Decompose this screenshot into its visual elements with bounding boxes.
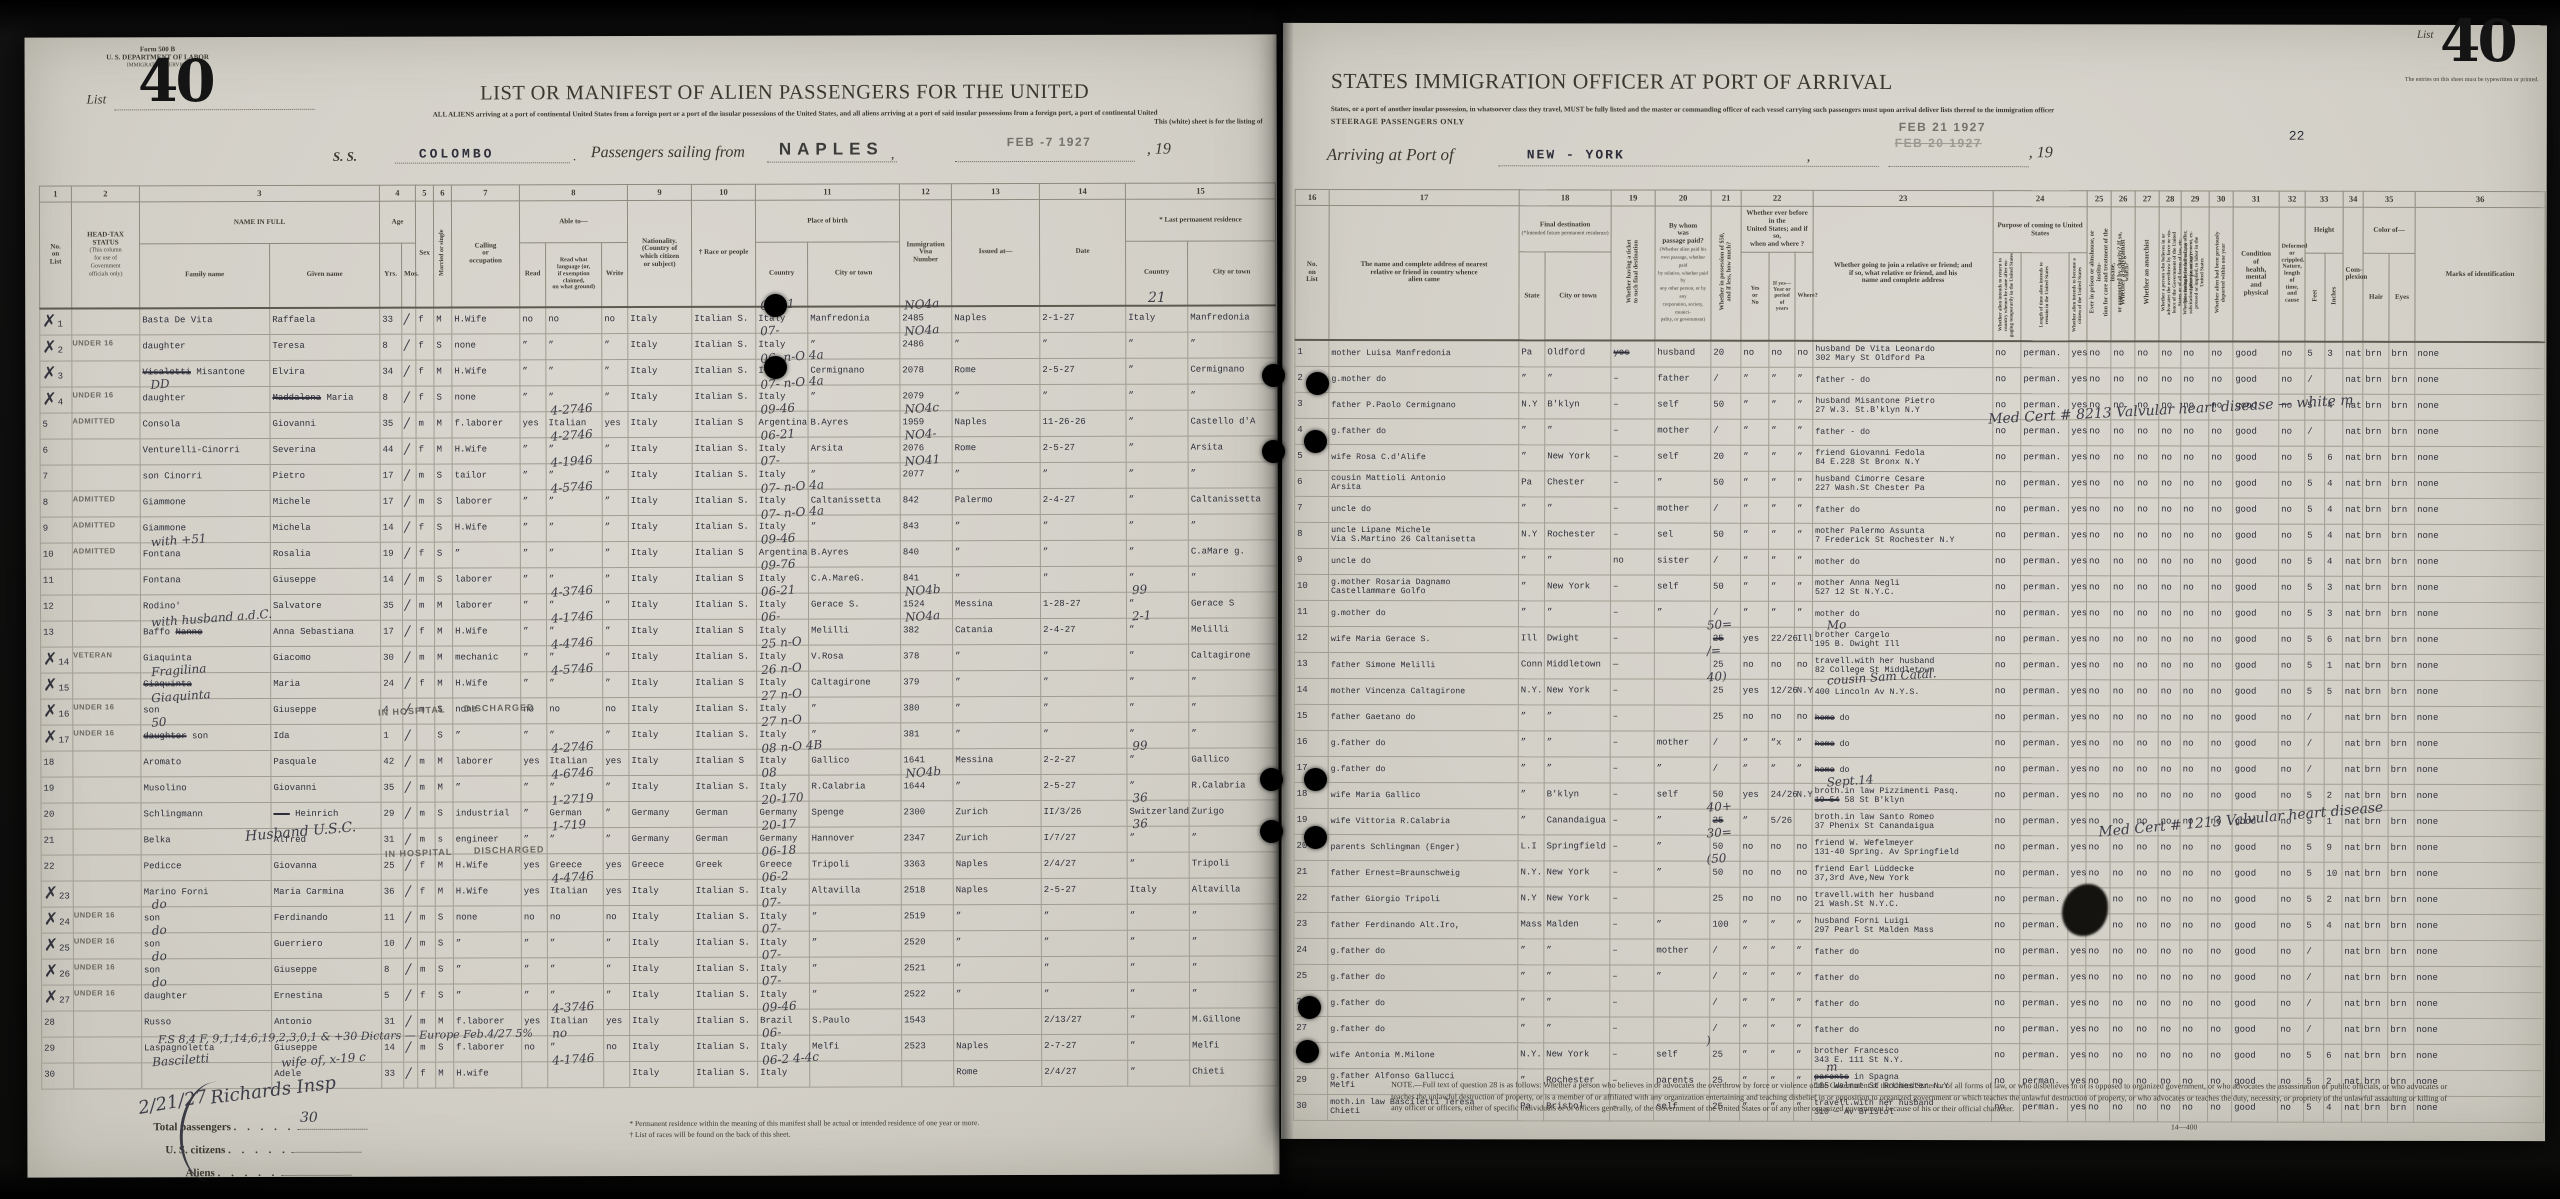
cell-marks: none [2414, 1044, 2544, 1070]
cell-p3: yes [2068, 680, 2086, 706]
cell-paid: mother [1654, 939, 1710, 965]
cell-q26: no [2110, 940, 2134, 966]
cell-sex: m [416, 464, 434, 490]
cell-read: ” [520, 541, 546, 567]
passenger-row: 5ADMITTEDConsolaGiovanni35/mMf.laborerye… [40, 409, 1276, 438]
cell-def: no [2278, 940, 2304, 966]
cell-ht: UNDER 16 [72, 386, 140, 412]
check-stroke: / [405, 442, 410, 458]
cell-health: good [2232, 654, 2278, 680]
cell-tk: – [1610, 627, 1654, 653]
cell-b3: no [1794, 887, 1812, 913]
cell-race: Italian S. [693, 775, 757, 801]
cell-lang: ”4-5746 [546, 489, 602, 515]
cell-q27: no [2134, 576, 2158, 602]
cell-st: Pa [1519, 471, 1545, 497]
cell-q28: no [2158, 862, 2180, 888]
cell-fam: Basta De Vita [140, 307, 270, 334]
cell-date: 2-5-27 [1041, 878, 1127, 904]
cell-health: good [2232, 862, 2278, 888]
cell-sex: f [416, 360, 434, 386]
cell-ft: / [2304, 732, 2324, 758]
cell-tk: – [1610, 731, 1654, 757]
cell-b1: ” [1741, 523, 1769, 549]
crossed-out-mark: ✗ [43, 701, 57, 721]
cell-hair: brn [2362, 836, 2388, 862]
cell-b3: ” [1794, 575, 1812, 601]
cell-hair: brn [2362, 1018, 2388, 1044]
cell-lrc: Italy [1126, 305, 1188, 332]
cell-bcity: ” [808, 384, 900, 410]
col-header-polygamist: Whether a polygamist [2111, 207, 2135, 341]
cell-giv: Giacomo [271, 646, 381, 672]
cell-date: ” [1040, 540, 1126, 566]
cell-mon: 2540) [1710, 679, 1740, 705]
check-stroke: / [406, 1014, 411, 1030]
cell-mos: / [403, 646, 417, 672]
cell-q25: no [2086, 992, 2110, 1018]
cell-read: no [521, 905, 547, 931]
cell-giv: Giuseppe [270, 568, 380, 594]
cell-q29: no [2180, 576, 2208, 602]
cell-def: no [2278, 758, 2304, 784]
cell-q30: no [2209, 550, 2233, 576]
cell-marks: none [2414, 914, 2544, 940]
cell-n: 15 [1294, 704, 1328, 730]
cell-p1: no [1993, 445, 2021, 471]
cell-read: ” [521, 983, 547, 1009]
passenger-row: ✗15GiaquintaFragilinaMaria24/fMH.Wife””4… [41, 669, 1277, 698]
cell-tk: — [1610, 653, 1654, 679]
head-tax-note: (This column for use of Government offic… [89, 248, 123, 278]
cell-marks: none [2414, 888, 2544, 914]
col-header-read: Read [520, 243, 546, 307]
cell-iss: ” [953, 670, 1041, 696]
cell-iss: ” [952, 462, 1040, 488]
cell-p2: perman. [2020, 966, 2068, 992]
cell-city: Canandaigua [1544, 809, 1610, 835]
cell-inch: 4 [2325, 498, 2343, 524]
cell-ms: M [435, 620, 453, 646]
cell-tk: – [1610, 1017, 1654, 1043]
cell-rel: father P.Paolo Cermignano [1329, 392, 1519, 418]
cell-read: ” [521, 723, 547, 749]
cell-b2: ” [1769, 393, 1795, 419]
cell-n: 13 [1294, 652, 1328, 678]
cell-read: ” [520, 463, 546, 489]
cell-eyes: brn [2389, 550, 2415, 576]
cell-comp: nat [2343, 368, 2363, 394]
cell-st: ” [1518, 601, 1544, 627]
cell-q28: no [2158, 1044, 2180, 1070]
cell-date: ” [1041, 904, 1127, 930]
cell-mos: / [403, 802, 417, 828]
cell-date: 2-4-27 [1040, 488, 1126, 514]
cell-rel: father Giorgio Tripoli [1328, 886, 1518, 912]
cell-q30: no [2209, 446, 2233, 472]
cell-bc: Italy06-2 [757, 879, 809, 905]
cell-q29: no [2180, 966, 2208, 992]
cell-p3: yes [2069, 368, 2087, 394]
cell-bcity: Altavilla [809, 878, 901, 904]
cell-sex: m [417, 932, 435, 958]
cell-occ: ” [453, 775, 521, 801]
cell-join: father do [1812, 965, 1992, 991]
cell-hair: brn [2362, 888, 2388, 914]
cell-ht: UNDER 16 [73, 984, 141, 1010]
column-header-row-1: No. on List HEAD-TAX STATUS(This column … [39, 199, 1275, 244]
cell-mos: / [402, 490, 416, 516]
cell-comp: nat [2342, 628, 2362, 654]
cell-rel: uncle do [1329, 548, 1519, 574]
cell-lrc: ” [1128, 1034, 1190, 1060]
cell-lrc: Italy [1127, 878, 1189, 904]
passenger-row: 24g.father do””–mother/”””father donoper… [1294, 938, 2544, 966]
cell-b1: yes [1740, 783, 1768, 809]
passenger-row: ✗3Visalotti MisantoneElvira34/fMH.Wife””… [40, 357, 1276, 386]
cell-lrc: ” [1127, 930, 1189, 956]
cell-giv: Pasquale [271, 750, 381, 776]
cell-q26: no [2110, 576, 2134, 602]
cell-b3: Ill [1794, 627, 1812, 653]
cell-mon: / [1710, 939, 1740, 965]
cell-occ: H.Wife [452, 437, 520, 463]
cell-sex: f [416, 307, 434, 334]
cell-nat: Italy [628, 593, 692, 619]
col-num: 13 [951, 183, 1039, 199]
cell-marks: none [2414, 732, 2544, 758]
cell-n: 16 [1294, 730, 1328, 756]
col-num: 25 [2087, 191, 2111, 207]
cell-visa: 2520 [901, 930, 953, 956]
cell-comp: nat [2343, 550, 2363, 576]
cell-rel: g.mother Rosaria DagnamoCastellammare Go… [1328, 574, 1518, 600]
cell-health: good [2232, 758, 2278, 784]
col-header-age: Age [379, 201, 415, 243]
cell-occ: laborer [452, 593, 520, 619]
cell-lrc: ” [1127, 644, 1189, 670]
cell-q27: no [2134, 966, 2158, 992]
cell-join: Sept.14broth.in law Pizzimenti Pasq.19-5… [1812, 783, 1992, 809]
cell-bc: Italy07- [758, 983, 810, 1009]
cell-ft: / [2304, 992, 2324, 1018]
cell-join: husband De Vita Leonardo302 Mary St Oldf… [1813, 341, 1993, 368]
cell-yrs: 29 [381, 802, 403, 828]
cell-p1: no [1992, 991, 2020, 1017]
cell-tk: – [1610, 601, 1654, 627]
cell-n: 21 [41, 829, 73, 855]
cell-ms: S [434, 464, 452, 490]
cell-st: ” [1518, 1017, 1544, 1043]
cell-iss: Zurich [953, 800, 1041, 826]
cell-b2: ” [1768, 1043, 1794, 1069]
cell-health: good [2233, 550, 2279, 576]
col-header-dest-city: City or town [1545, 252, 1611, 340]
cell-fam: Aromato [141, 750, 271, 776]
cell-lrcity: M.Gillone [1190, 1007, 1278, 1033]
cell-q26: no [2110, 628, 2134, 654]
cell-st: ” [1519, 445, 1545, 471]
cell-bc: Italy07- [756, 463, 808, 489]
cell-ft: 5 [2304, 576, 2324, 602]
cell-b3: N.Y [1794, 783, 1812, 809]
cell-giv: Elvira [270, 360, 380, 386]
cell-race: Italian S [693, 749, 757, 775]
crossed-out-mark: ✗ [44, 987, 58, 1007]
cell-bc: Italy27 n-O [757, 697, 809, 723]
col-num: 9 [627, 184, 691, 200]
passenger-row: ✗25UNDER 16sondoGuerriero10/mS””””ItalyI… [41, 929, 1277, 958]
col-header-able-to: Able to— [519, 201, 627, 243]
cell-comp: nat [2342, 680, 2362, 706]
cell-b1: ” [1740, 601, 1768, 627]
cell-tk: – [1611, 393, 1655, 419]
cell-ft: 5 [2304, 914, 2324, 940]
binder-hole [1304, 768, 1327, 791]
cell-ms: M [436, 1062, 454, 1088]
cell-comp: nat [2342, 654, 2362, 680]
cell-iss: Palermo [952, 488, 1040, 514]
cell-eyes: brn [2389, 342, 2415, 369]
cell-read: yes [521, 879, 547, 905]
cell-write: no [602, 307, 628, 334]
crossed-out-mark: ✗ [43, 675, 57, 695]
cell-read: ” [521, 801, 547, 827]
cell-race: Italian S. [693, 957, 757, 983]
cell-p3: yes [2068, 628, 2086, 654]
col-header-final-destination: Final destination(*Intended future perma… [1519, 206, 1611, 252]
cell-join: father do [1812, 1017, 1992, 1043]
cell-p1: no [1992, 601, 2020, 627]
cell-tk: – [1610, 861, 1654, 887]
cell-p2: perman. [2021, 498, 2069, 524]
cell-nat: Italy [628, 567, 692, 593]
cell-comp: nat [2342, 862, 2362, 888]
cell-sex: f [417, 880, 435, 906]
cell-read: yes [521, 853, 547, 879]
cell-n: 30 [42, 1063, 74, 1089]
cell-rel: g.father do [1328, 756, 1518, 782]
cell-hair: brn [2362, 576, 2388, 602]
cell-join: home do [1812, 731, 1992, 757]
cell-b1: ” [1741, 393, 1769, 419]
cell-read: ” [521, 957, 547, 983]
cell-city: ” [1544, 757, 1610, 783]
ship-underline [395, 162, 570, 163]
cell-city: New York [1544, 1043, 1610, 1069]
cell-lang: ”no [548, 1035, 604, 1061]
cell-q27: no [2135, 550, 2159, 576]
cell-occ: none [452, 333, 520, 359]
cell-def: no [2279, 446, 2305, 472]
col-num: 10 [691, 184, 755, 200]
cell-ht: UNDER 16 [73, 932, 141, 958]
cell-race: Italian S. [692, 437, 756, 463]
cell-q26: no [2110, 758, 2134, 784]
cell-q28: no [2158, 940, 2180, 966]
cell-mos: / [403, 958, 417, 984]
cell-mos: / [402, 516, 416, 542]
col-header-purpose: Purpose of coming to United States [1993, 207, 2087, 253]
cell-q26: no [2110, 654, 2134, 680]
cell-hair: brn [2363, 472, 2389, 498]
cell-q30: no [2208, 628, 2232, 654]
cell-eyes: brn [2388, 1018, 2414, 1044]
cell-join: friend Giovanni Fedola84 E.228 St Bronx … [1813, 445, 1993, 471]
cell-marks: none [2414, 654, 2544, 680]
cell-p1: no [1992, 653, 2020, 679]
cell-join: home do [1812, 705, 1992, 731]
cell-p1: no [1992, 939, 2020, 965]
col-num: 19 [1611, 190, 1655, 206]
cell-def: no [2279, 472, 2305, 498]
cell-n: ✗26 [41, 959, 73, 985]
cell-bcity: Caltagirone [809, 670, 901, 696]
cell-bc: Argentina09-46 [756, 541, 808, 567]
cell-p2: perman. [2020, 628, 2068, 654]
fifty-dollars-label: Whether in possession of $50, and if les… [1719, 233, 1733, 311]
col-header-citizen-intent: Whether alien intends to become a citize… [2069, 253, 2087, 341]
cell-city: B'klyn [1545, 393, 1611, 419]
cell-nat: Italy [629, 645, 693, 671]
cell-def: no [2278, 992, 2304, 1018]
cell-write: no [603, 697, 629, 723]
cell-health: good [2232, 1018, 2278, 1044]
binder-hole [1262, 440, 1285, 463]
cell-b2: ” [1768, 991, 1794, 1017]
cell-p1: no [1992, 705, 2020, 731]
check-stroke: / [405, 468, 410, 484]
cell-nat: Italy [629, 775, 693, 801]
cell-q28: no [2158, 680, 2180, 706]
cell-eyes: brn [2388, 966, 2414, 992]
cell-iss: Naples [954, 1034, 1042, 1060]
cell-nat: Italy [628, 385, 692, 411]
cell-yrs: 8 [380, 334, 402, 360]
cell-sex: f [416, 542, 434, 568]
cell-hair: brn [2362, 940, 2388, 966]
col-header-nearest-relative: The name and complete address of nearest… [1329, 205, 1519, 340]
cell-p3: yes [2068, 1044, 2086, 1070]
cell-mon: 50 [1711, 523, 1741, 549]
cell-st: Ill [1518, 627, 1544, 653]
cell-inch: 4 [2325, 524, 2343, 550]
cell-b3: no [1794, 653, 1812, 679]
cell-giv: Giovanni [270, 412, 380, 438]
col-num: 30 [2209, 191, 2233, 207]
cell-fam: Visalotti Misantone [140, 360, 270, 386]
cell-comp: nat [2343, 446, 2363, 472]
cell-q25: no [2086, 732, 2110, 758]
cell-join: mother Palermo Assunta7 Frederick St Roc… [1813, 523, 1993, 549]
cell-b2: no [1768, 705, 1794, 731]
cell-inch [2324, 992, 2342, 1018]
cell-q25: no [2086, 966, 2110, 992]
cell-b2: no [1768, 861, 1794, 887]
cell-q30: no [2209, 420, 2233, 446]
cell-city: ” [1544, 601, 1610, 627]
cell-ms: S [435, 958, 453, 984]
cell-tk: – [1610, 939, 1654, 965]
cell-n: 24 [1294, 938, 1328, 964]
cell-health: good [2233, 368, 2279, 394]
cell-write: ” [602, 385, 628, 411]
cell-giv: Maddalena Maria [270, 386, 380, 412]
check-stroke: / [406, 962, 411, 978]
cell-b2: ” [1768, 1017, 1794, 1043]
cell-bc: Italy07- n-O 4a [756, 515, 808, 541]
cell-read: ” [521, 931, 547, 957]
cell-b1: ” [1741, 497, 1769, 523]
cell-q30: no [2208, 992, 2232, 1018]
cell-hair: brn [2362, 602, 2388, 628]
cell-p3: yes [2069, 550, 2087, 576]
arrival-port: NEW - YORK [1527, 147, 1625, 162]
cell-marks: none [2414, 602, 2544, 628]
cell-tk: – [1610, 965, 1654, 991]
cell-occ: ” [453, 983, 521, 1009]
cell-q29: no [2181, 446, 2209, 472]
check-stroke: / [405, 676, 410, 692]
cell-occ: none [452, 385, 520, 411]
cell-date: 2-5-27 [1040, 358, 1126, 384]
cell-ms: M [434, 412, 452, 438]
cell-bc: Greece06-18 [757, 853, 809, 879]
cell-read: yes [520, 411, 546, 437]
manifest-right-page: STATES IMMIGRATION OFFICER AT PORT OF AR… [1281, 23, 2547, 1141]
cell-read: ” [521, 619, 547, 645]
cell-q26: no [2111, 550, 2135, 576]
cell-read [522, 1061, 548, 1087]
col-header-no-on-list: No. on List [1295, 205, 1329, 339]
cell-hair: brn [2362, 732, 2388, 758]
cell-n: ✗25 [41, 933, 73, 959]
cell-q27: no [2135, 420, 2159, 446]
cell-write: yes [603, 853, 629, 879]
cell-lrcity: ” [1188, 461, 1276, 487]
cell-giv: Ernestina [271, 984, 381, 1010]
col-header-deformed: Deformed or crippled. Nature, length of … [2279, 207, 2305, 341]
cell-marks: none [2415, 498, 2545, 524]
cell-b2: 22/26 [1768, 627, 1794, 653]
cell-inch: 4 [2325, 472, 2343, 498]
cell-rel: g.father do [1328, 990, 1518, 1016]
cell-q26: no [2111, 524, 2135, 550]
cell-eyes: brn [2388, 784, 2414, 810]
arrival-date-stamp-struck: FEB 20 1927 [1895, 136, 1982, 150]
deported-label: Whether alien had been previously deport… [2215, 232, 2227, 314]
year-label: Year or period of years [1773, 287, 1790, 311]
cell-b1: yes [1740, 627, 1768, 653]
cell-q25: no [2087, 368, 2111, 394]
cell-yrs: 34 [380, 360, 402, 386]
cell-date: 2/13/27 [1042, 1008, 1128, 1034]
cell-b2: ” [1769, 419, 1795, 445]
cell-race: Italian S. [692, 463, 756, 489]
cell-nat: Greece [629, 853, 693, 879]
cell-q29: no [2181, 498, 2209, 524]
cell-paid: ” [1654, 835, 1710, 861]
cell-bc: Italy07- [756, 333, 808, 359]
check-stroke: / [405, 546, 410, 562]
cell-nat: Italy [628, 359, 692, 385]
cell-date: ” [1040, 514, 1126, 540]
col-num: 24 [1993, 191, 2087, 207]
cell-b3: ” [1794, 965, 1812, 991]
cell-yrs: 10 [381, 932, 403, 958]
cell-ms: S [434, 334, 452, 360]
cell-giv: Ferdinando [271, 906, 381, 932]
